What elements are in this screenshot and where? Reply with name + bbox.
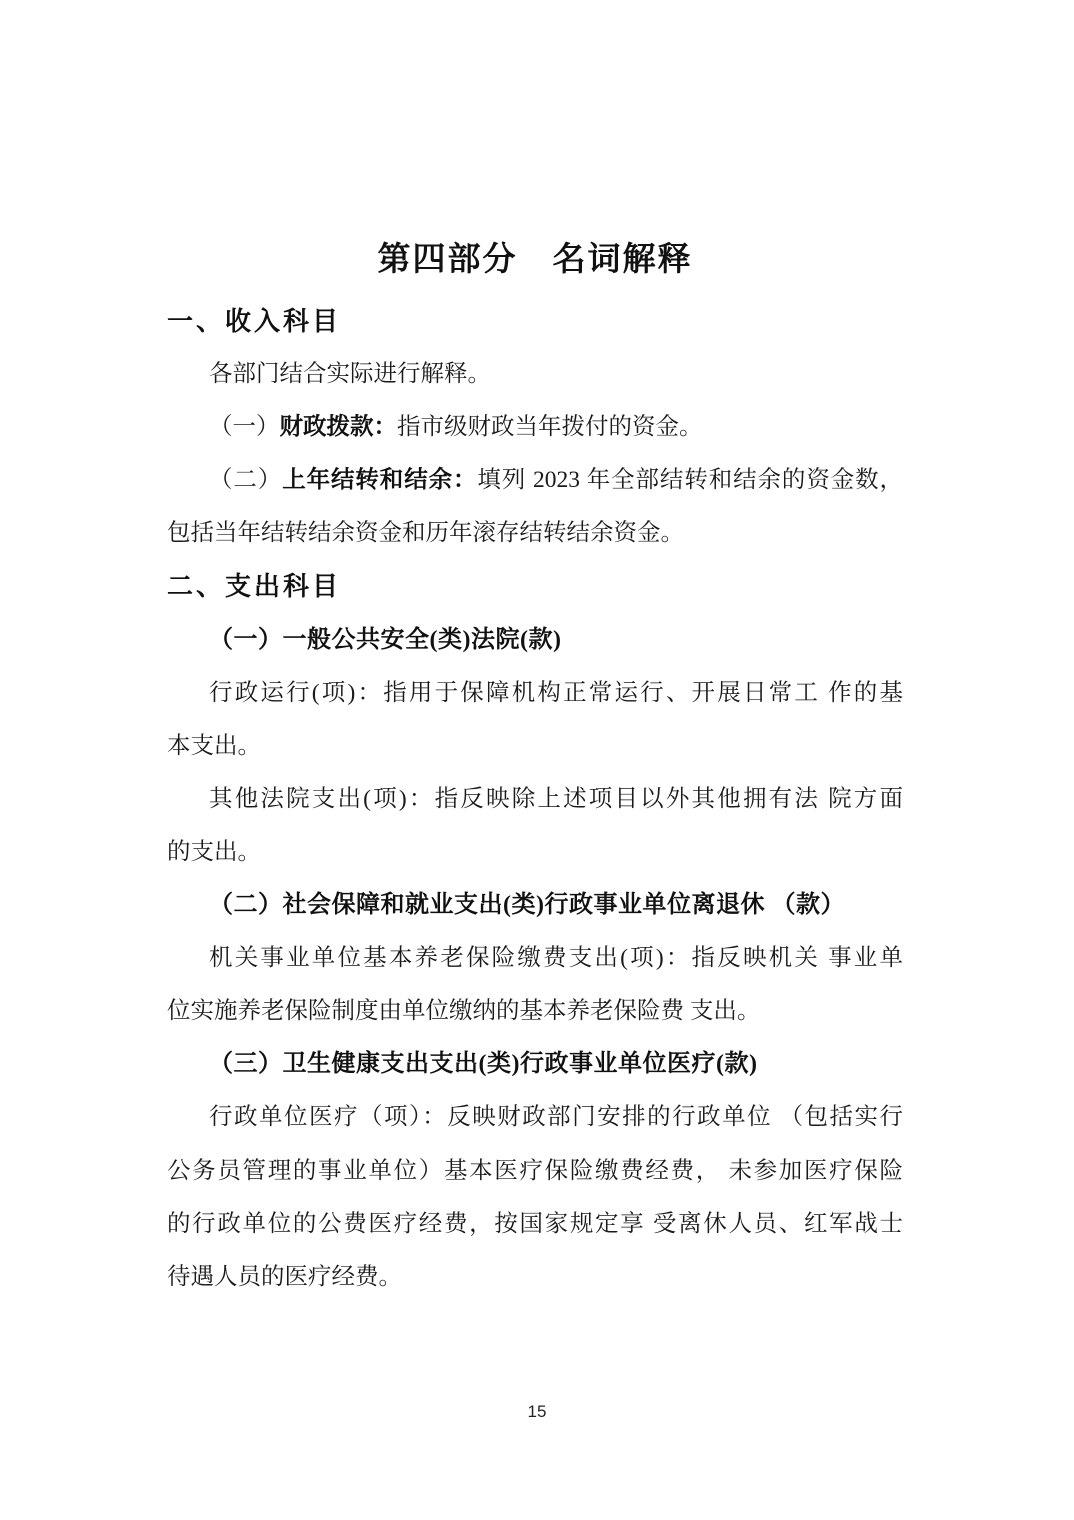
paragraph-line: （二）上年结转和结余：填列 2023 年全部结转和结余的资金数， (167, 454, 903, 507)
paragraph-line: 其他法院支出(项)：指反映除上述项目以外其他拥有法 院方面 (167, 773, 903, 826)
document-body: 第四部分 名词解释 一、收入科目 各部门结合实际进行解释。 （一）财政拨款：指市… (167, 223, 903, 1304)
heading-income-subjects: 一、收入科目 (167, 295, 903, 348)
paragraph-line: 行政运行(项)：指用于保障机构正常运行、开展日常工 作的基 (167, 667, 903, 720)
term-prefix: （二） (209, 467, 282, 493)
subheading-health: （三）卫生健康支出支出(类)行政事业单位医疗(款) (167, 1038, 903, 1091)
term-name: 财政拨款： (280, 414, 398, 440)
document-page: 第四部分 名词解释 一、收入科目 各部门结合实际进行解释。 （一）财政拨款：指市… (0, 0, 1074, 1520)
paragraph-line: 行政单位医疗（项）：反映财政部门安排的行政单位 （包括实行 (167, 1091, 903, 1144)
paragraph-line: 各部门结合实际进行解释。 (167, 348, 903, 401)
subheading-social-security: （二）社会保障和就业支出(类)行政事业单位离退休 （款） (167, 879, 903, 932)
paragraph-line: 的行政单位的公费医疗经费，按国家规定享 受离休人员、红军战士 (167, 1198, 903, 1251)
paragraph-line: 本支出。 (167, 720, 903, 773)
paragraph-line: 的支出。 (167, 826, 903, 879)
page-number: 15 (0, 1402, 1074, 1422)
paragraph-line: 包括当年结转结余资金和历年滚存结转结余资金。 (167, 507, 903, 560)
section-title: 第四部分 名词解释 (167, 223, 903, 295)
paragraph-line: 公务员管理的事业单位）基本医疗保险缴费经费， 未参加医疗保险 (167, 1145, 903, 1198)
term-name: 上年结转和结余： (282, 467, 477, 493)
subheading-public-safety: （一）一般公共安全(类)法院(款) (167, 614, 903, 667)
paragraph-line: （一）财政拨款：指市级财政当年拨付的资金。 (167, 401, 903, 454)
term-prefix: （一） (209, 414, 280, 440)
paragraph-line: 待遇人员的医疗经费。 (167, 1251, 903, 1304)
term-definition: 填列 2023 年全部结转和结余的资金数， (477, 467, 903, 493)
term-definition: 指市级财政当年拨付的资金。 (397, 414, 703, 440)
paragraph-line: 机关事业单位基本养老保险缴费支出(项)：指反映机关 事业单 (167, 932, 903, 985)
paragraph-line: 位实施养老保险制度由单位缴纳的基本养老保险费 支出。 (167, 985, 903, 1038)
heading-expenditure-subjects: 二、支出科目 (167, 560, 903, 613)
